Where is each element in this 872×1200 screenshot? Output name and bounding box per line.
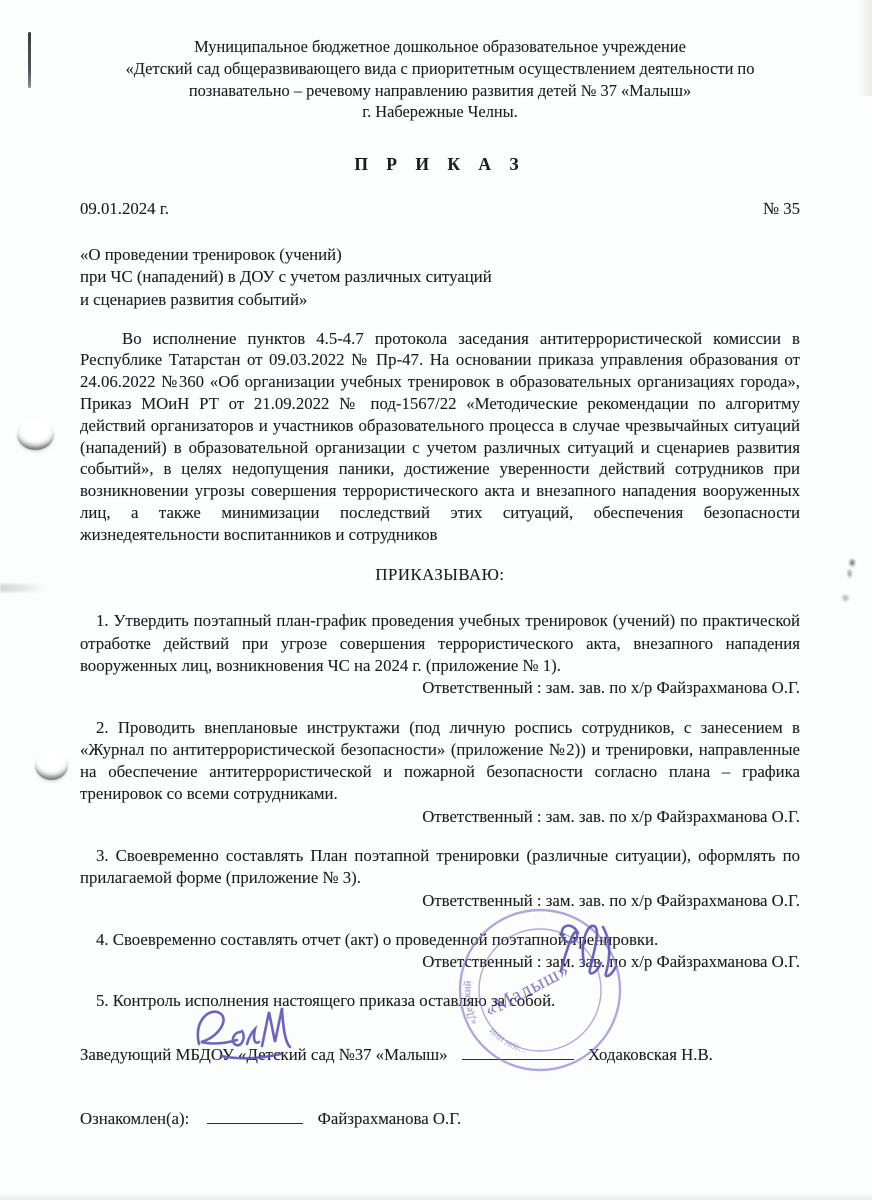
responsible-line-2: Ответственный : зам. зав. по х/р Файзрах… [80,806,800,828]
scanned-document-page: Муниципальное бюджетное дошкольное образ… [0,0,872,1200]
order-item-3: 3. Своевременно составлять План поэтапно… [80,845,800,890]
order-item-1: 1. Утвердить поэтапный план-график прове… [80,610,800,677]
org-header-line: Муниципальное бюджетное дошкольное образ… [80,36,800,58]
order-item-2: 2. Проводить внеплановые инструктажи (по… [80,717,800,806]
order-item-4: 4. Своевременно составлять отчет (акт) о… [80,929,800,951]
acknowledgement-name: Файзрахманова О.Г. [318,1109,462,1128]
date-number-row: 09.01.2024 г. № 35 [80,198,800,220]
signature-line [207,1108,303,1124]
document-date: 09.01.2024 г. [80,198,169,220]
responsible-line-4: Ответственный : зам. зав. по х/р Файзрах… [80,951,800,973]
stamp-inn-text: ИНН 1650… [487,1026,527,1055]
acknowledgement-label: Ознакомлен(а): [80,1109,189,1128]
scan-corner-shade [858,0,872,96]
hole-punch-shadow [17,419,54,450]
responsible-line-3: Ответственный : зам. зав. по х/р Файзрах… [80,890,800,912]
subject-line: «О проведении тренировок (учений) [80,244,800,267]
document-title: П Р И К А З [80,154,800,176]
subject-line: и сценариев развития событий» [80,289,800,312]
preamble-paragraph: Во исполнение пунктов 4.5-4.7 протокола … [80,328,800,546]
org-header-line: г. Набережные Челны. [80,101,800,123]
subject-line: при ЧС (нападений) в ДОУ с учетом различ… [80,266,800,289]
scan-streak [0,584,48,592]
responsible-line-1: Ответственный : зам. зав. по х/р Файзрах… [80,677,800,699]
document-content: Муниципальное бюджетное дошкольное образ… [80,0,800,1129]
org-header-line: познавательно – речевому направлению раз… [80,80,800,102]
scan-artifact-edge-line [28,32,31,88]
org-header-line: «Детский сад общеразвивающего вида с при… [80,58,800,80]
document-number: № 35 [763,198,800,220]
scan-smudge [841,593,850,603]
svg-text:ИНН 1650…: ИНН 1650… [487,1026,527,1055]
acknowledgement-row: Ознакомлен(а): Файзрахманова О.Г. [80,1108,800,1130]
scan-bottom-shade [0,1192,872,1200]
resolution-heading: ПРИКАЗЫВАЮ: [80,564,800,586]
document-subject: «О проведении тренировок (учений) при ЧС… [80,244,800,312]
hole-punch-shadow [35,751,68,780]
acknowledgement-signature-ink [183,1000,303,1070]
organization-header: Муниципальное бюджетное дошкольное образ… [80,36,800,123]
scan-smudge [842,556,859,583]
head-signature-ink [548,913,638,993]
